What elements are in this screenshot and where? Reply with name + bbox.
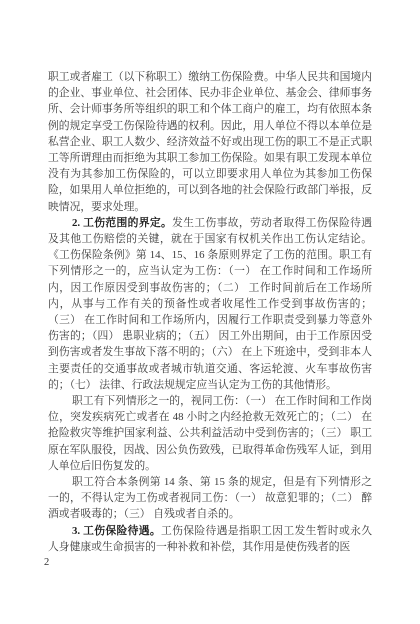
paragraph-section-2: 2. 工伤范围的界定。发生工伤事故，劳动者取得工伤保险待遇及其他工伤赔偿的关键，… <box>48 215 372 393</box>
page-text: 职工或者雇工（以下称职工）缴纳工伤保险费。中华人民共和国境内的企业、事业单位、社… <box>48 69 372 555</box>
section-3-heading: 3. 工伤保险待遇。 <box>72 525 161 537</box>
paragraph-text: 发生工伤事故，劳动者取得工伤保险待遇及其他工伤赔偿的关键，就在于国家有权机关作出… <box>48 217 372 391</box>
paragraph-deemed-injury: 职工有下列情形之一的，视同工伤：（一） 在工作时间和工作岗位，突发疾病死亡或者在… <box>48 393 372 474</box>
paragraph-text: 职工或者雇工（以下称职工）缴纳工伤保险费。中华人民共和国境内的企业、事业单位、社… <box>48 71 372 213</box>
paragraph-text: 职工符合本条例第 14 条、第 15 条的规定，但是有下列情形之一的，不得认定为… <box>48 476 372 520</box>
paragraph-exclusions: 职工符合本条例第 14 条、第 15 条的规定，但是有下列情形之一的，不得认定为… <box>48 474 372 523</box>
paragraph-text: 职工有下列情形之一的，视同工伤：（一） 在工作时间和工作岗位，突发疾病死亡或者在… <box>48 395 372 472</box>
page-number: 2 <box>44 557 49 568</box>
section-2-heading: 2. 工伤范围的界定。 <box>72 217 172 229</box>
document-page: 职工或者雇工（以下称职工）缴纳工伤保险费。中华人民共和国境内的企业、事业单位、社… <box>0 0 420 624</box>
paragraph-section-3: 3. 工伤保险待遇。工伤保险待遇是指职工因工发生暂时或永久人身健康或生命损害的一… <box>48 523 372 555</box>
paragraph-continuation: 职工或者雇工（以下称职工）缴纳工伤保险费。中华人民共和国境内的企业、事业单位、社… <box>48 69 372 215</box>
